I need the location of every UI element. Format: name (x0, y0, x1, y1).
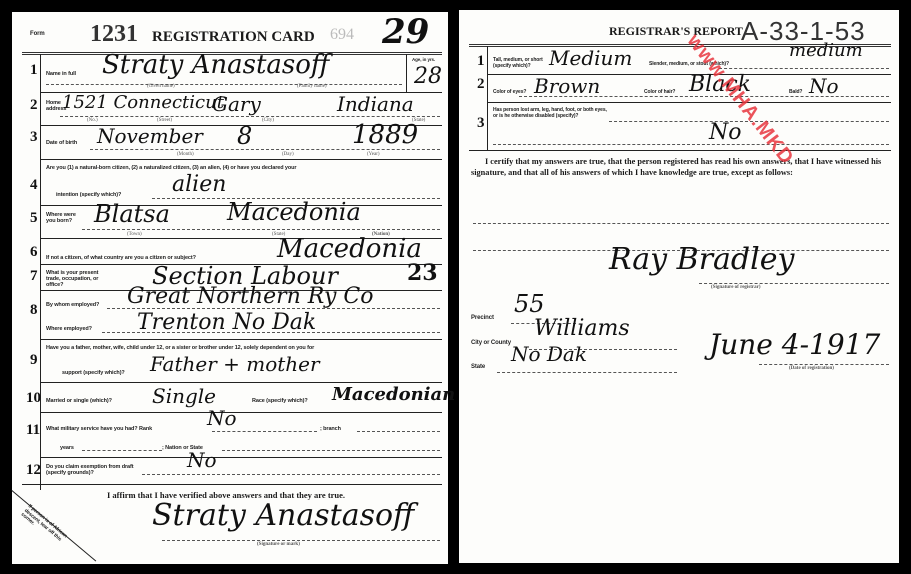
field-label: Name in full (46, 71, 76, 77)
row-number: 12 (26, 462, 41, 479)
state-label: State (471, 364, 485, 371)
field-label: Date of birth (46, 140, 77, 146)
dotted-line (90, 149, 440, 150)
citizen-of-value: Macedonia (277, 234, 422, 264)
field-label: Where employed? (46, 326, 92, 332)
field-label: Tall, medium, or short (specify which)? (493, 58, 543, 69)
row-number: 9 (30, 352, 38, 369)
card-title: REGISTRATION CARD (152, 29, 315, 46)
address-city: Gary (212, 92, 261, 116)
height-value: Medium (549, 46, 632, 70)
dotted-line (493, 144, 889, 145)
dependents-value: Father + mother (150, 352, 320, 376)
row-number: 3 (30, 129, 38, 146)
caption: (Year) (367, 152, 380, 157)
report-title: REGISTRAR'S REPORT (609, 24, 743, 39)
field-label: Married or single (which)? (46, 398, 112, 404)
birth-day: 8 (237, 122, 252, 150)
caption: (City) (262, 118, 274, 123)
date-caption: (Date of registration) (789, 366, 834, 371)
row-number: 7 (30, 268, 38, 285)
row-divider (40, 412, 442, 413)
employer-value: Great Northern Ry Co (127, 284, 373, 309)
field-label: If not a citizen, of what country are yo… (46, 255, 196, 261)
field-label: What is your present trade, occupation, … (46, 270, 114, 288)
disability-value: No (709, 120, 742, 145)
field-label: intention (specify which)? (56, 192, 121, 198)
registration-date: June 4-1917 (709, 328, 880, 361)
row-number: 5 (30, 210, 38, 227)
row-divider (487, 102, 891, 103)
citizenship-value: alien (172, 172, 226, 197)
race-value: Macedonian (332, 384, 455, 405)
field-label: Color of hair? (644, 90, 675, 96)
birth-month: November (97, 124, 203, 148)
corner-note: If person is of African descent, tear of… (19, 504, 76, 555)
dotted-line (162, 540, 440, 541)
row-number: 4 (30, 177, 38, 194)
field-label: What military service have you had? Rank (46, 426, 152, 432)
registrant-signature: Straty Anastasoff (152, 498, 414, 533)
age-value: 28 (414, 64, 442, 89)
row-divider (40, 382, 442, 383)
row-divider (469, 150, 891, 151)
field-label: ; branch (320, 426, 341, 432)
field-label: years (60, 445, 74, 451)
dotted-line (142, 474, 440, 475)
dotted-line (82, 229, 440, 230)
dotted-line (82, 450, 162, 451)
caption: (No.) (87, 118, 98, 123)
row-number: 2 (30, 97, 38, 114)
row-divider (40, 159, 442, 160)
precinct-label: Precinct (471, 315, 494, 322)
row-number: 1 (30, 62, 38, 79)
row-divider (40, 457, 442, 458)
field-label: Where were you born? (46, 212, 76, 224)
field-label: By whom employed? (46, 302, 99, 308)
address-state: Indiana (337, 92, 414, 116)
field-label: Are you (1) a natural-born citizen, (2) … (46, 165, 296, 171)
field-label: Race (specify which)? (252, 398, 308, 404)
signature-caption: (Signature or mark) (257, 542, 300, 547)
row-number: 1 (477, 53, 485, 70)
row-number: 3 (477, 115, 485, 132)
dotted-line (222, 450, 440, 451)
city-value: Williams (534, 316, 630, 341)
birthplace-nation: Macedonia (227, 198, 361, 226)
dotted-line (473, 223, 889, 224)
row-divider (22, 484, 442, 485)
dotted-line (519, 96, 889, 97)
number-column-divider (487, 46, 488, 150)
eye-color-value: Brown (534, 74, 600, 98)
address-street: 1521 Connecticut (62, 92, 224, 113)
serial-number: 29 (382, 12, 429, 52)
field-label: Have you a father, mother, wife, child u… (46, 345, 314, 351)
military-value: No (207, 406, 237, 430)
dotted-line (212, 431, 317, 432)
row-number: 11 (26, 422, 40, 439)
dotted-line (759, 364, 889, 365)
dotted-line (699, 283, 889, 284)
caption: (Day) (282, 152, 294, 157)
registration-card-back: REGISTRAR'S REPORT A-33-1-53 1 Tall, med… (459, 10, 899, 563)
field-label: Home address (46, 100, 62, 112)
dotted-line (102, 332, 440, 333)
registrar-signature: Ray Bradley (609, 242, 794, 277)
age-divider (406, 54, 407, 92)
build-value: medium (789, 40, 863, 61)
caption: (Month) (177, 152, 194, 157)
dotted-line (60, 116, 440, 117)
marital-status-value: Single (152, 384, 216, 408)
occupation-mark: 23 (407, 260, 438, 286)
registration-card-front: Form 1231 REGISTRATION CARD 694 29 1 Nam… (12, 12, 448, 564)
row-number: 2 (477, 76, 485, 93)
birth-year: 1889 (352, 120, 418, 150)
row-number: 6 (30, 244, 38, 261)
row-number: 8 (30, 302, 38, 319)
faint-stamp: 694 (330, 26, 354, 44)
form-number: 1231 (90, 21, 138, 48)
field-label: Has person lost arm, leg, hand, foot, or… (493, 108, 608, 119)
birthplace-town: Blatsa (94, 200, 170, 228)
row-divider (40, 339, 442, 340)
caption: (Town) (127, 232, 142, 237)
field-label: Color of eyes? (493, 90, 526, 96)
bald-value: No (809, 74, 839, 98)
dotted-line (719, 68, 889, 69)
dotted-line (107, 308, 440, 309)
field-label: support (specify which)? (62, 370, 125, 376)
city-label: City or County (471, 340, 511, 347)
registrar-caption: (Signature of registrar) (711, 285, 761, 290)
name-value: Straty Anastasoff (102, 50, 329, 80)
form-label: Form (30, 31, 45, 38)
row-number: 10 (26, 390, 41, 407)
field-label: Do you claim exemption from draft (speci… (46, 464, 136, 476)
exemption-value: No (187, 448, 217, 472)
dotted-line (497, 372, 677, 373)
precinct-value: 55 (514, 290, 545, 318)
state-value: No Dak (511, 342, 587, 366)
dotted-line (46, 84, 402, 85)
dotted-line (357, 431, 440, 432)
field-label: Bald? (789, 90, 802, 96)
caption: (Street) (157, 118, 172, 123)
certification-text: I certify that my answers are true, that… (471, 156, 887, 178)
age-label: Age, in yrs. (412, 58, 435, 63)
